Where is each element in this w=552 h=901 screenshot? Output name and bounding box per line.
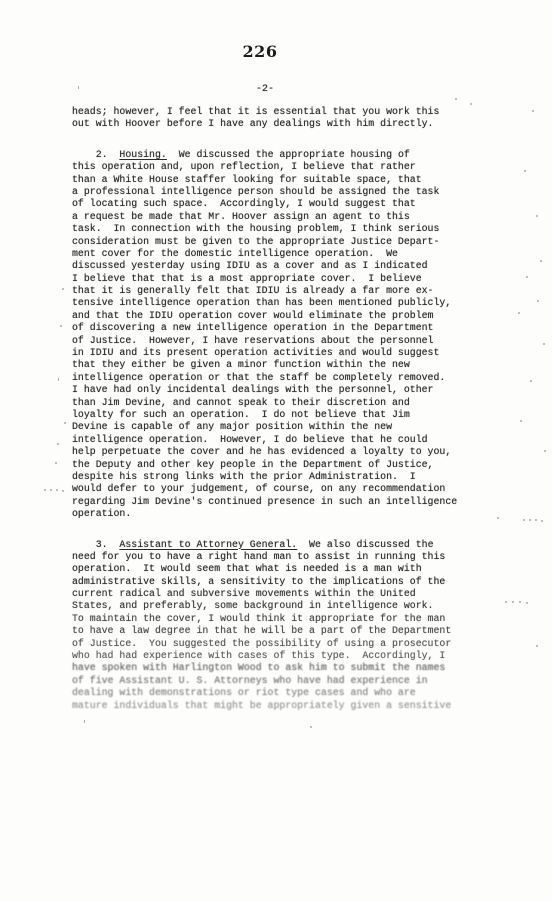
paragraph-intro: heads; however, I feel that it is essent… xyxy=(72,106,472,131)
scan-speck xyxy=(310,726,312,728)
scan-speck xyxy=(55,462,57,464)
body-line: loyalty for such an operation. I do not … xyxy=(72,409,472,421)
scan-speck xyxy=(64,422,66,424)
scan-speck xyxy=(526,602,528,604)
body-line: to have a law degree in that he will be … xyxy=(72,625,472,637)
scan-speck xyxy=(523,519,525,521)
body-line: a professional intelligence person shoul… xyxy=(72,186,472,198)
scan-speck xyxy=(58,378,59,381)
scan-speck xyxy=(78,86,79,89)
printed-page-number: 226 xyxy=(180,42,340,61)
scan-speck xyxy=(84,720,85,723)
body-line: despite his strong links with the prior … xyxy=(72,471,472,483)
body-line: mature individuals that might be appropr… xyxy=(72,700,472,712)
body-line: heads; however, I feel that it is essent… xyxy=(72,106,472,118)
body-line: intelligence operation or that the staff… xyxy=(72,372,472,384)
scan-speck xyxy=(50,489,52,491)
scan-speck xyxy=(505,601,507,603)
paragraph-heading-rest: We discussed the appropriate housing of xyxy=(167,149,410,160)
scan-speck xyxy=(536,215,538,217)
body-line: that they either be given a minor functi… xyxy=(72,359,472,371)
paragraph-heading-line: 3. Assistant to Attorney General. We als… xyxy=(72,539,472,551)
scan-speck xyxy=(512,601,514,603)
body-line: of five Assistant U. S. Attorneys who ha… xyxy=(72,675,472,687)
scan-speck xyxy=(529,519,531,521)
body-line: who had had experience with cases of thi… xyxy=(72,650,472,662)
paragraph-heading: Housing. xyxy=(119,149,166,160)
body-line: ment cover for the domestic intelligence… xyxy=(72,248,472,260)
body-line: would defer to your judgement, of course… xyxy=(72,483,472,495)
body-line: discussed yesterday using IDIU as a cove… xyxy=(72,260,472,272)
scan-speck xyxy=(497,517,499,519)
body-line: Devine is capable of any major position … xyxy=(72,421,472,433)
body-line: than Jim Devine, and cannot speak to the… xyxy=(72,397,472,409)
scan-speck xyxy=(519,601,521,603)
paragraph-heading-line: 2. Housing. We discussed the appropriate… xyxy=(72,149,472,161)
paragraph-heading-rest: We also discussed the xyxy=(297,539,433,550)
paragraph-lines: heads; however, I feel that it is essent… xyxy=(72,106,472,131)
body-line: intelligence operation. However, I do be… xyxy=(72,434,472,446)
scan-speck xyxy=(44,489,46,491)
scan-speck xyxy=(544,450,546,452)
scan-speck xyxy=(535,519,537,521)
scan-speck xyxy=(541,520,543,522)
body-line: than a White House staffer looking for s… xyxy=(72,174,472,186)
paragraph-housing: 2. Housing. We discussed the appropriate… xyxy=(72,149,472,521)
body-line: dealing with demonstrations or riot type… xyxy=(72,687,472,699)
scan-speck xyxy=(56,489,58,491)
memo-body: heads; however, I feel that it is essent… xyxy=(72,106,472,712)
paragraph-number: 3. xyxy=(72,539,119,550)
memo-page: 226 -2- heads; however, I feel that it i… xyxy=(0,0,552,901)
scan-speck xyxy=(543,343,545,345)
body-line: in IDIU and its present operation activi… xyxy=(72,347,472,359)
body-line: the Deputy and other key people in the D… xyxy=(72,459,472,471)
typed-page-number: -2- xyxy=(200,84,330,95)
body-line: I have had only incidental dealings with… xyxy=(72,384,472,396)
scan-speck xyxy=(62,288,64,290)
scan-speck xyxy=(518,312,520,314)
scan-speck xyxy=(536,645,538,647)
body-line: operation. It would seem that what is ne… xyxy=(72,563,472,575)
body-line: of locating such space. Accordingly, I w… xyxy=(72,198,472,210)
body-line: need for you to have a right hand man to… xyxy=(72,551,472,563)
body-line: that it is generally felt that IDIU is a… xyxy=(72,285,472,297)
body-line: have spoken with Harlington Wood to ask … xyxy=(72,662,472,674)
body-line: To maintain the cover, I would think it … xyxy=(72,613,472,625)
paragraph-assistant-to-attorney-general: 3. Assistant to Attorney General. We als… xyxy=(72,539,472,712)
scan-speck xyxy=(540,260,542,262)
body-line: out with Hoover before I have any dealin… xyxy=(72,118,472,130)
body-line: tensive intelligence operation than has … xyxy=(72,297,472,309)
scan-speck xyxy=(520,420,522,422)
paragraph-lines: this operation and, upon reflection, I b… xyxy=(72,161,472,520)
body-line: and that the IDIU operation cover would … xyxy=(72,310,472,322)
scan-speck xyxy=(524,170,526,172)
paragraph-heading: Assistant to Attorney General. xyxy=(119,539,297,550)
body-line: of Justice. You suggested the possibilit… xyxy=(72,638,472,650)
scan-speck xyxy=(455,98,457,100)
body-line: of Justice. However, I have reservations… xyxy=(72,335,472,347)
body-line: a request be made that Mr. Hoover assign… xyxy=(72,211,472,223)
body-line: consideration must be given to the appro… xyxy=(72,236,472,248)
scan-speck xyxy=(530,380,532,382)
body-line: States, and preferably, some background … xyxy=(72,600,472,612)
body-line: help perpetuate the cover and he has evi… xyxy=(72,446,472,458)
body-line: of discovering a new intelligence operat… xyxy=(72,322,472,334)
body-line: regarding Jim Devine's continued presenc… xyxy=(72,496,472,508)
scan-speck xyxy=(526,276,528,278)
body-line: current radical and subversive movements… xyxy=(72,588,472,600)
scan-speck xyxy=(62,490,64,492)
body-line: administrative skills, a sensitivity to … xyxy=(72,576,472,588)
scan-speck xyxy=(57,443,59,445)
body-line: task. In connection with the housing pro… xyxy=(72,223,472,235)
body-line: this operation and, upon reflection, I b… xyxy=(72,161,472,173)
scan-speck xyxy=(60,325,62,327)
body-line: I believe that that is a most appropriat… xyxy=(72,273,472,285)
scan-speck xyxy=(470,103,472,105)
paragraph-number: 2. xyxy=(72,149,119,160)
body-line: operation. xyxy=(72,508,472,520)
paragraph-lines: need for you to have a right hand man to… xyxy=(72,551,472,712)
scan-speck xyxy=(537,300,539,302)
scan-speck xyxy=(532,110,534,112)
